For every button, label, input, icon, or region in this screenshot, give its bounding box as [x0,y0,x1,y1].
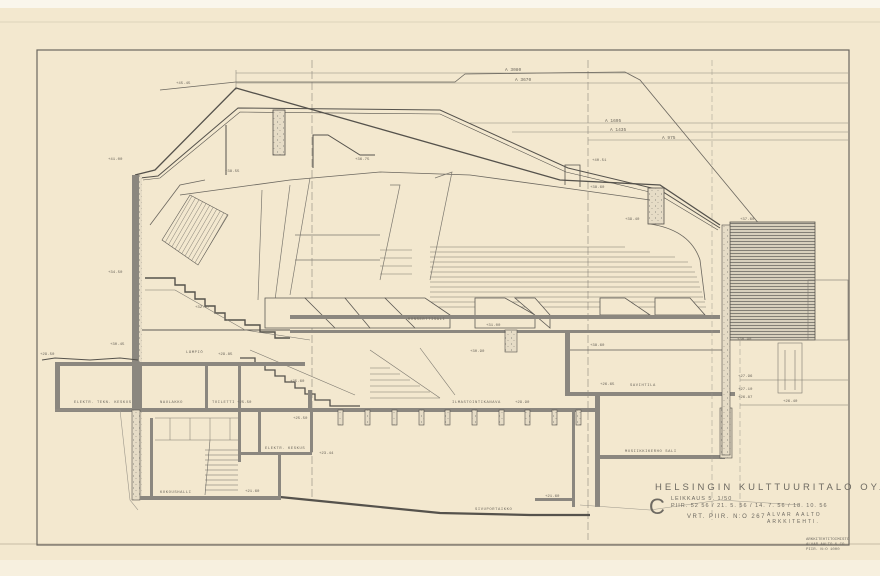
drawing-sheet: A 3080 A 3670 A 1695 A 1435 A 975 [0,0,880,576]
svg-text:+25.50: +25.50 [293,417,308,421]
svg-text:+39.40: +39.40 [625,218,640,222]
svg-text:+26.65: +26.65 [600,383,615,387]
svg-text:+37.60: +37.60 [740,218,755,222]
svg-text:+36.75: +36.75 [355,158,370,162]
hall-floor-slab [290,315,720,319]
architect-block: ALVAR AALTO ARKKITEHTI. [767,512,822,526]
svg-text:+21.60: +21.60 [545,495,560,499]
svg-text:+30.90: +30.90 [737,338,752,342]
svg-text:+27.10: +27.10 [738,388,753,392]
svg-text:+41.00: +41.00 [108,158,123,162]
svg-text:+29.90: +29.90 [515,401,530,405]
svg-text:+26.87: +26.87 [738,396,753,400]
svg-text:+23.44: +23.44 [319,452,334,456]
architect-title: ARKKITEHTI. [767,519,822,526]
svg-text:NAULAKKO: NAULAKKO [160,401,183,405]
svg-text:+38.60: +38.60 [590,186,605,190]
title-text: HELSINGIN KULTTUURITALO OY. [655,482,880,493]
svg-text:+29.50: +29.50 [40,353,55,357]
svg-text:+26.40: +26.40 [783,400,798,404]
svg-text:ELEKTR. KESKUS: ELEKTR. KESKUS [265,447,305,451]
svg-text:ELEKTR. TEKN. KESKUS: ELEKTR. TEKN. KESKUS [74,401,132,405]
svg-text:A 1695: A 1695 [605,118,622,124]
roof-beam [648,188,664,224]
svg-text:A 3080: A 3080 [505,67,522,73]
svg-text:+25.50: +25.50 [237,401,252,405]
svg-text:+38.55: +38.55 [225,170,240,174]
stage-tower [730,222,815,340]
svg-text:KONSERTTISALI: KONSERTTISALI [408,318,445,322]
svg-text:+32.07: +32.07 [195,306,210,310]
svg-text:LÄMPIÖ: LÄMPIÖ [186,350,203,355]
title-block: HELSINGIN KULTTUURITALO OY. C LEIKKAUS 5… [655,482,880,493]
svg-text:A 1435: A 1435 [610,127,627,133]
sheet-letter: C [649,494,665,520]
svg-text:A 975: A 975 [662,135,676,141]
svg-text:+29.85: +29.85 [218,353,233,357]
architect-name: ALVAR AALTO [767,512,822,519]
svg-text:MUSIIKKIKERHO SALI: MUSIIKKIKERHO SALI [625,450,677,454]
svg-text:+45.45: +45.45 [176,82,191,86]
section-line: LEIKKAUS 5. 1/50 [671,496,732,502]
reference-text: VRT. PIIR. N:O 267 [687,514,766,520]
roof-beam [273,110,285,155]
svg-text:+31.00: +31.00 [486,324,501,328]
revision-dates: PIIR. 52 56 / 21. 5. 56 / 14. 7. 56 / 18… [671,503,828,509]
svg-text:+34.50: +34.50 [108,271,123,275]
svg-text:+38.60: +38.60 [590,344,605,348]
svg-text:A 3670: A 3670 [515,77,532,83]
svg-text:ILMASTOINTIKANAVA: ILMASTOINTIKANAVA [452,401,501,405]
svg-text:TOILETTI: TOILETTI [212,401,235,405]
svg-text:+25.60: +25.60 [290,380,305,384]
svg-text:KOKOUSHALLI: KOKOUSHALLI [160,491,192,495]
office-stamp: ARKKITEHTITOIMISTO ALVAR AALTO & CO PIIR… [806,538,849,553]
svg-text:+21.60: +21.60 [245,490,260,494]
svg-text:+30.45: +30.45 [110,343,125,347]
svg-text:SAVIHTILA: SAVIHTILA [630,384,656,388]
svg-text:+40.51: +40.51 [592,159,607,163]
svg-text:SIVUPORTAIKKO: SIVUPORTAIKKO [475,508,513,512]
svg-text:+30.90: +30.90 [470,350,485,354]
lobby-slab [55,362,305,366]
svg-text:+27.96: +27.96 [738,375,753,379]
stamp-line: PIIR. N:O 1000 [806,548,849,553]
